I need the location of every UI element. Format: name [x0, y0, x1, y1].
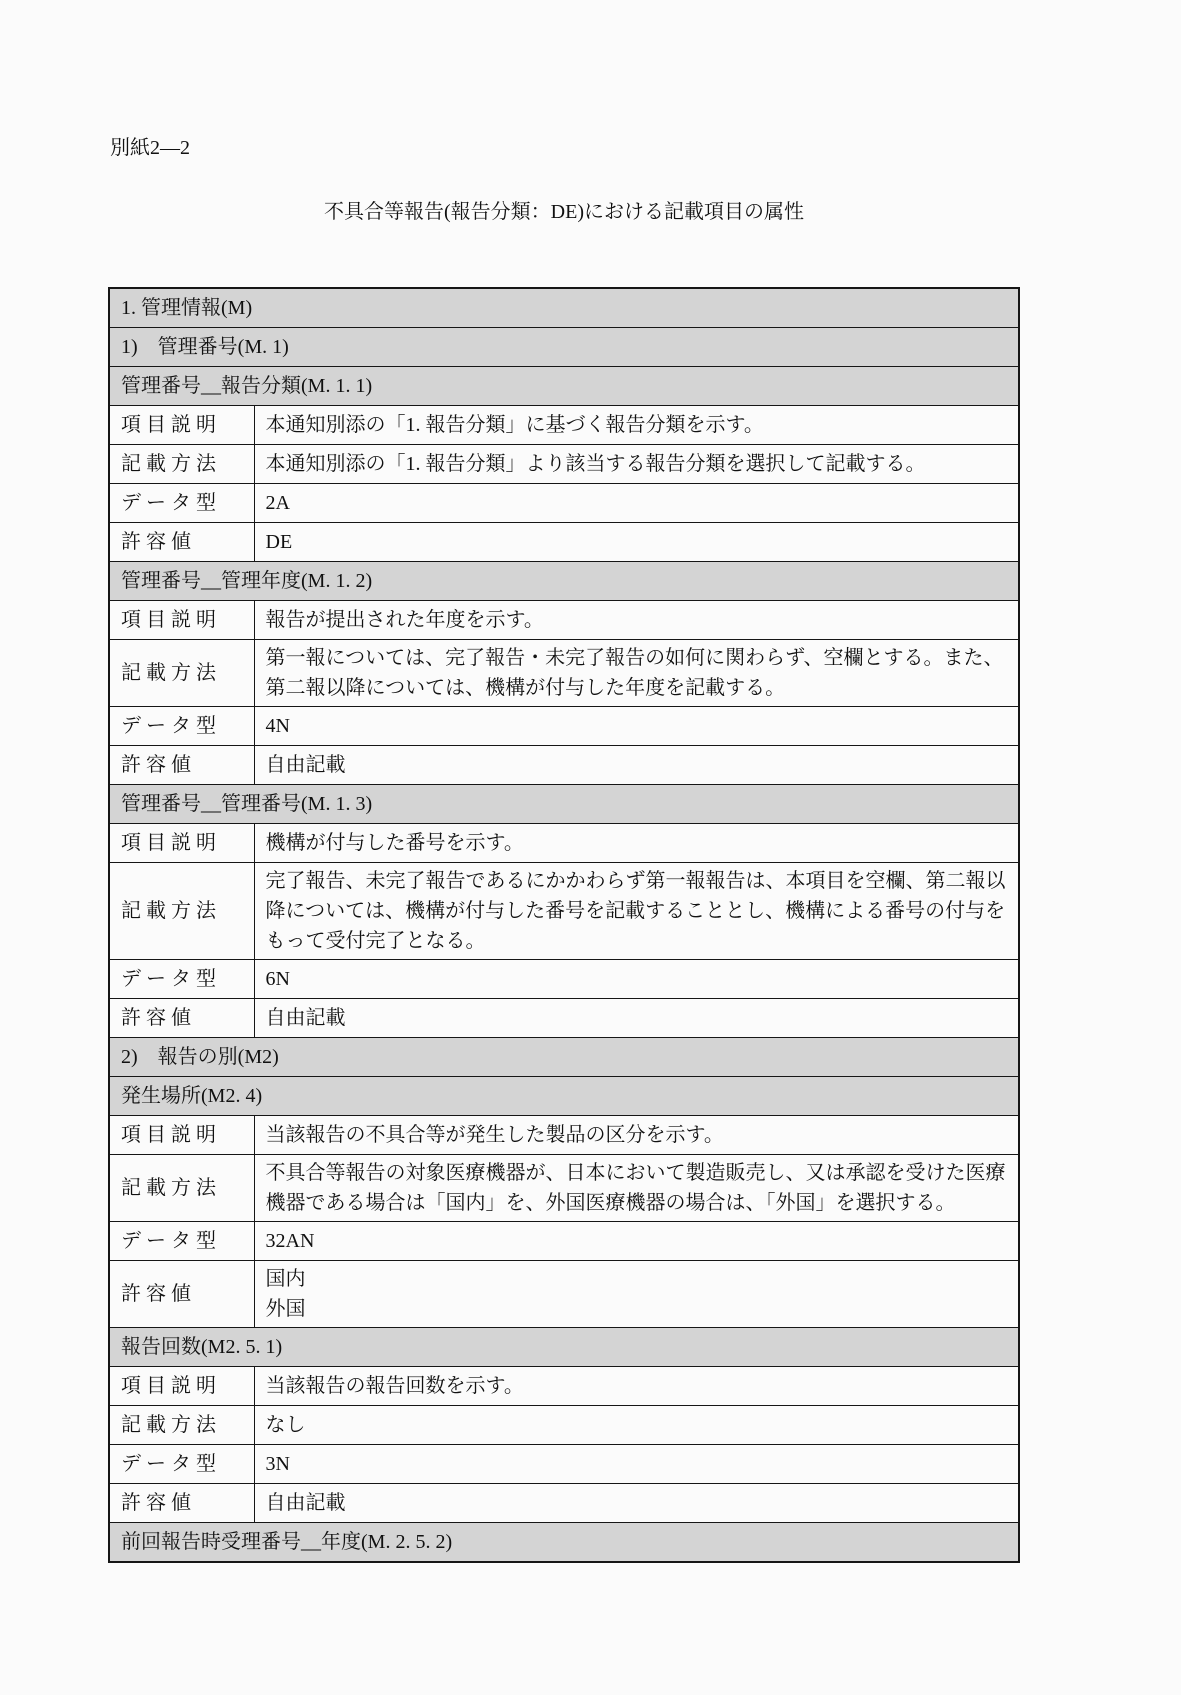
section-row: 管理番号__報告分類(M. 1. 1) — [109, 367, 1019, 406]
section-title: 発生場所(M2. 4) — [109, 1077, 1019, 1116]
field-value: 国内 外国 — [254, 1261, 1019, 1328]
field-row: 許容値自由記載 — [109, 999, 1019, 1038]
field-row: 記載方法本通知別添の「1. 報告分類」より該当する報告分類を選択して記載する。 — [109, 445, 1019, 484]
section-title: 報告回数(M2. 5. 1) — [109, 1328, 1019, 1367]
field-row: 項目説明当該報告の不具合等が発生した製品の区分を示す。 — [109, 1116, 1019, 1155]
section-row: 発生場所(M2. 4) — [109, 1077, 1019, 1116]
field-label: 項目説明 — [109, 406, 254, 445]
section-title: 前回報告時受理番号__年度(M. 2. 5. 2) — [109, 1523, 1019, 1563]
section-row: 1. 管理情報(M) — [109, 288, 1019, 328]
field-label: 許容値 — [109, 999, 254, 1038]
field-row: 項目説明当該報告の報告回数を示す。 — [109, 1367, 1019, 1406]
field-row: データ型4N — [109, 707, 1019, 746]
field-row: 項目説明機構が付与した番号を示す。 — [109, 824, 1019, 863]
section-title: 1) 管理番号(M. 1) — [109, 328, 1019, 367]
field-label: 項目説明 — [109, 824, 254, 863]
field-value: 完了報告、未完了報告であるにかかわらず第一報報告は、本項目を空欄、第二報以降につ… — [254, 863, 1019, 960]
section-title: 1. 管理情報(M) — [109, 288, 1019, 328]
field-value: なし — [254, 1406, 1019, 1445]
field-label: データ型 — [109, 484, 254, 523]
field-row: 許容値国内 外国 — [109, 1261, 1019, 1328]
section-row: 管理番号__管理番号(M. 1. 3) — [109, 785, 1019, 824]
section-title: 2) 報告の別(M2) — [109, 1038, 1019, 1077]
attribute-table: 1. 管理情報(M)1) 管理番号(M. 1)管理番号__報告分類(M. 1. … — [108, 287, 1020, 1563]
section-row: 報告回数(M2. 5. 1) — [109, 1328, 1019, 1367]
field-label: データ型 — [109, 707, 254, 746]
field-row: 記載方法完了報告、未完了報告であるにかかわらず第一報報告は、本項目を空欄、第二報… — [109, 863, 1019, 960]
field-value: 当該報告の報告回数を示す。 — [254, 1367, 1019, 1406]
field-value: 32AN — [254, 1222, 1019, 1261]
field-row: 項目説明報告が提出された年度を示す。 — [109, 601, 1019, 640]
field-label: データ型 — [109, 1222, 254, 1261]
page-title: 不具合等報告(報告分類：DE)における記載項目の属性 — [108, 200, 1020, 224]
field-label: 記載方法 — [109, 1406, 254, 1445]
attachment-number-label: 別紙2—2 — [110, 136, 1181, 160]
field-value: 自由記載 — [254, 1484, 1019, 1523]
field-label: 許容値 — [109, 1484, 254, 1523]
attribute-table-body: 1. 管理情報(M)1) 管理番号(M. 1)管理番号__報告分類(M. 1. … — [109, 288, 1019, 1562]
field-label: 許容値 — [109, 1261, 254, 1328]
field-row: データ型3N — [109, 1445, 1019, 1484]
field-row: データ型32AN — [109, 1222, 1019, 1261]
field-row: 記載方法不具合等報告の対象医療機器が、日本において製造販売し、又は承認を受けた医… — [109, 1155, 1019, 1222]
field-label: 記載方法 — [109, 863, 254, 960]
field-row: 記載方法第一報については、完了報告・未完了報告の如何に関わらず、空欄とする。また… — [109, 640, 1019, 707]
section-title: 管理番号__報告分類(M. 1. 1) — [109, 367, 1019, 406]
field-row: 許容値自由記載 — [109, 1484, 1019, 1523]
field-label: 記載方法 — [109, 1155, 254, 1222]
field-label: 記載方法 — [109, 640, 254, 707]
field-value: 4N — [254, 707, 1019, 746]
field-value: 本通知別添の「1. 報告分類」より該当する報告分類を選択して記載する。 — [254, 445, 1019, 484]
field-row: 許容値自由記載 — [109, 746, 1019, 785]
field-row: 記載方法なし — [109, 1406, 1019, 1445]
section-row: 1) 管理番号(M. 1) — [109, 328, 1019, 367]
field-value: 本通知別添の「1. 報告分類」に基づく報告分類を示す。 — [254, 406, 1019, 445]
field-label: 項目説明 — [109, 1116, 254, 1155]
section-row: 2) 報告の別(M2) — [109, 1038, 1019, 1077]
section-row: 前回報告時受理番号__年度(M. 2. 5. 2) — [109, 1523, 1019, 1563]
field-row: データ型6N — [109, 960, 1019, 999]
field-row: 許容値DE — [109, 523, 1019, 562]
field-value: 報告が提出された年度を示す。 — [254, 601, 1019, 640]
field-value: DE — [254, 523, 1019, 562]
field-label: 許容値 — [109, 746, 254, 785]
field-label: 記載方法 — [109, 445, 254, 484]
field-label: 項目説明 — [109, 601, 254, 640]
field-value: 不具合等報告の対象医療機器が、日本において製造販売し、又は承認を受けた医療機器で… — [254, 1155, 1019, 1222]
field-value: 6N — [254, 960, 1019, 999]
field-row: データ型2A — [109, 484, 1019, 523]
field-value: 機構が付与した番号を示す。 — [254, 824, 1019, 863]
field-value: 自由記載 — [254, 999, 1019, 1038]
field-value: 3N — [254, 1445, 1019, 1484]
field-value: 自由記載 — [254, 746, 1019, 785]
section-row: 管理番号__管理年度(M. 1. 2) — [109, 562, 1019, 601]
field-label: 項目説明 — [109, 1367, 254, 1406]
field-row: 項目説明本通知別添の「1. 報告分類」に基づく報告分類を示す。 — [109, 406, 1019, 445]
section-title: 管理番号__管理年度(M. 1. 2) — [109, 562, 1019, 601]
field-value: 2A — [254, 484, 1019, 523]
section-title: 管理番号__管理番号(M. 1. 3) — [109, 785, 1019, 824]
field-value: 第一報については、完了報告・未完了報告の如何に関わらず、空欄とする。また、第二報… — [254, 640, 1019, 707]
field-label: 許容値 — [109, 523, 254, 562]
field-label: データ型 — [109, 960, 254, 999]
field-label: データ型 — [109, 1445, 254, 1484]
field-value: 当該報告の不具合等が発生した製品の区分を示す。 — [254, 1116, 1019, 1155]
